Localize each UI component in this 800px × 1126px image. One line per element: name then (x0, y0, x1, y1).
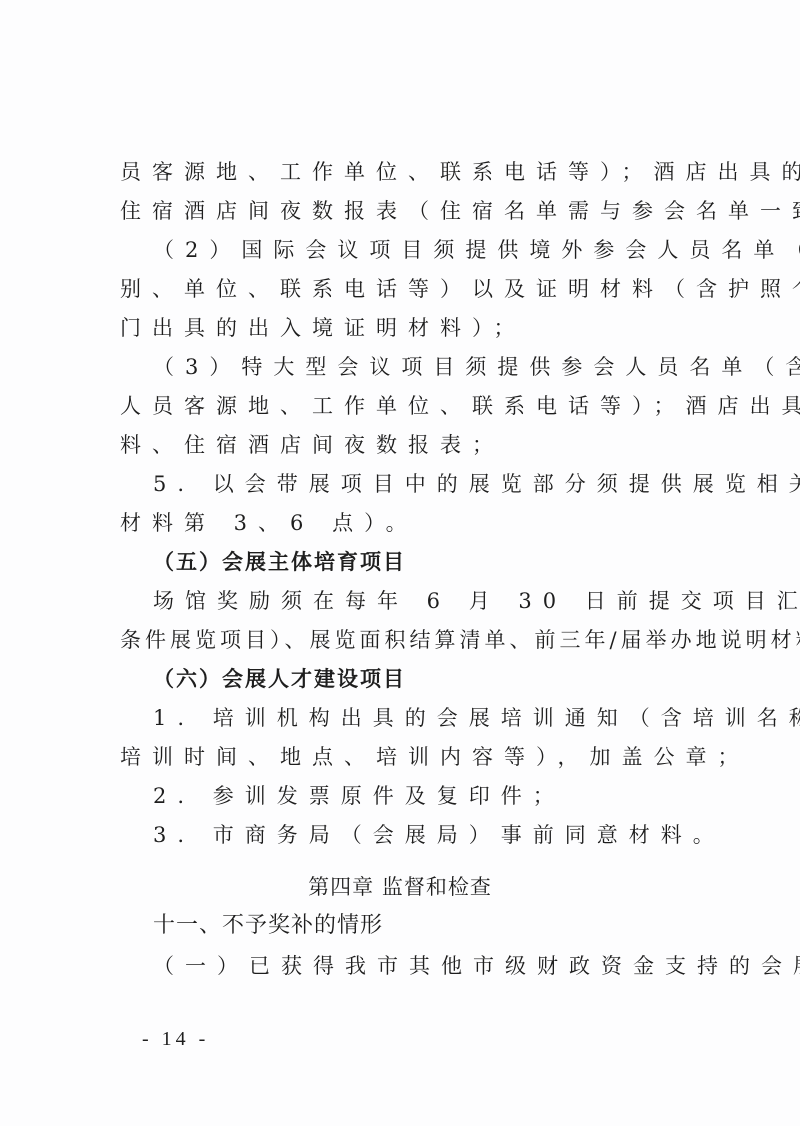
paragraph-line: 3. 市商务局（会展局）事前同意材料。 (153, 820, 753, 850)
paragraph-line: 人员客源地、工作单位、联系电话等）；酒店出具的住宿证明材 (120, 391, 720, 421)
paragraph-line: 1. 培训机构出具的会展培训通知（含培训名称、培训对象、 (153, 703, 753, 733)
paragraph-line: （一）已获得我市其他市级财政资金支持的会展项目（另有 (153, 951, 753, 981)
paragraph-line: 别、单位、联系电话等）以及证明材料（含护照个人页或相关部 (120, 274, 720, 304)
paragraph-line: 培训时间、地点、培训内容等），加盖公章； (120, 742, 720, 772)
paragraph-line: 2. 参训发票原件及复印件； (153, 781, 753, 811)
document-page: 员客源地、工作单位、联系电话等）；酒店出具的住宿证明材料、 住宿酒店间夜数报表（… (0, 0, 800, 1126)
paragraph-line: 5. 以会带展项目中的展览部分须提供展览相关材料（见展后 (153, 469, 753, 499)
section-title: 十一、不予奖补的情形 (153, 911, 753, 941)
paragraph-line: 场馆奖励须在每年 6 月 30 日前提交项目汇总表（列出符合 (153, 586, 753, 616)
subsection-heading: （六）会展人才建设项目 (153, 664, 753, 694)
chapter-title: 第四章 监督和检查 (0, 872, 800, 902)
paragraph-line: 员客源地、工作单位、联系电话等）；酒店出具的住宿证明材料、 (120, 157, 720, 187)
paragraph-line: 材料第 3、6 点）。 (120, 508, 720, 538)
subsection-heading: （五）会展主体培育项目 (153, 547, 753, 577)
paragraph-line: 门出具的出入境证明材料）； (120, 313, 720, 343)
paragraph-line: （2）国际会议项目须提供境外参会人员名单（含姓名、国 (153, 235, 753, 265)
paragraph-line: 条件展览项目）、展览面积结算清单、前三年/届举办地说明材料。 (120, 625, 720, 655)
page-number: - 14 - (142, 1024, 209, 1054)
paragraph-line: 料、住宿酒店间夜数报表； (120, 430, 720, 460)
paragraph-line: 住宿酒店间夜数报表（住宿名单需与参会名单一致）； (120, 196, 720, 226)
paragraph-line: （3）特大型会议项目须提供参会人员名单（含姓名、参会 (153, 352, 753, 382)
